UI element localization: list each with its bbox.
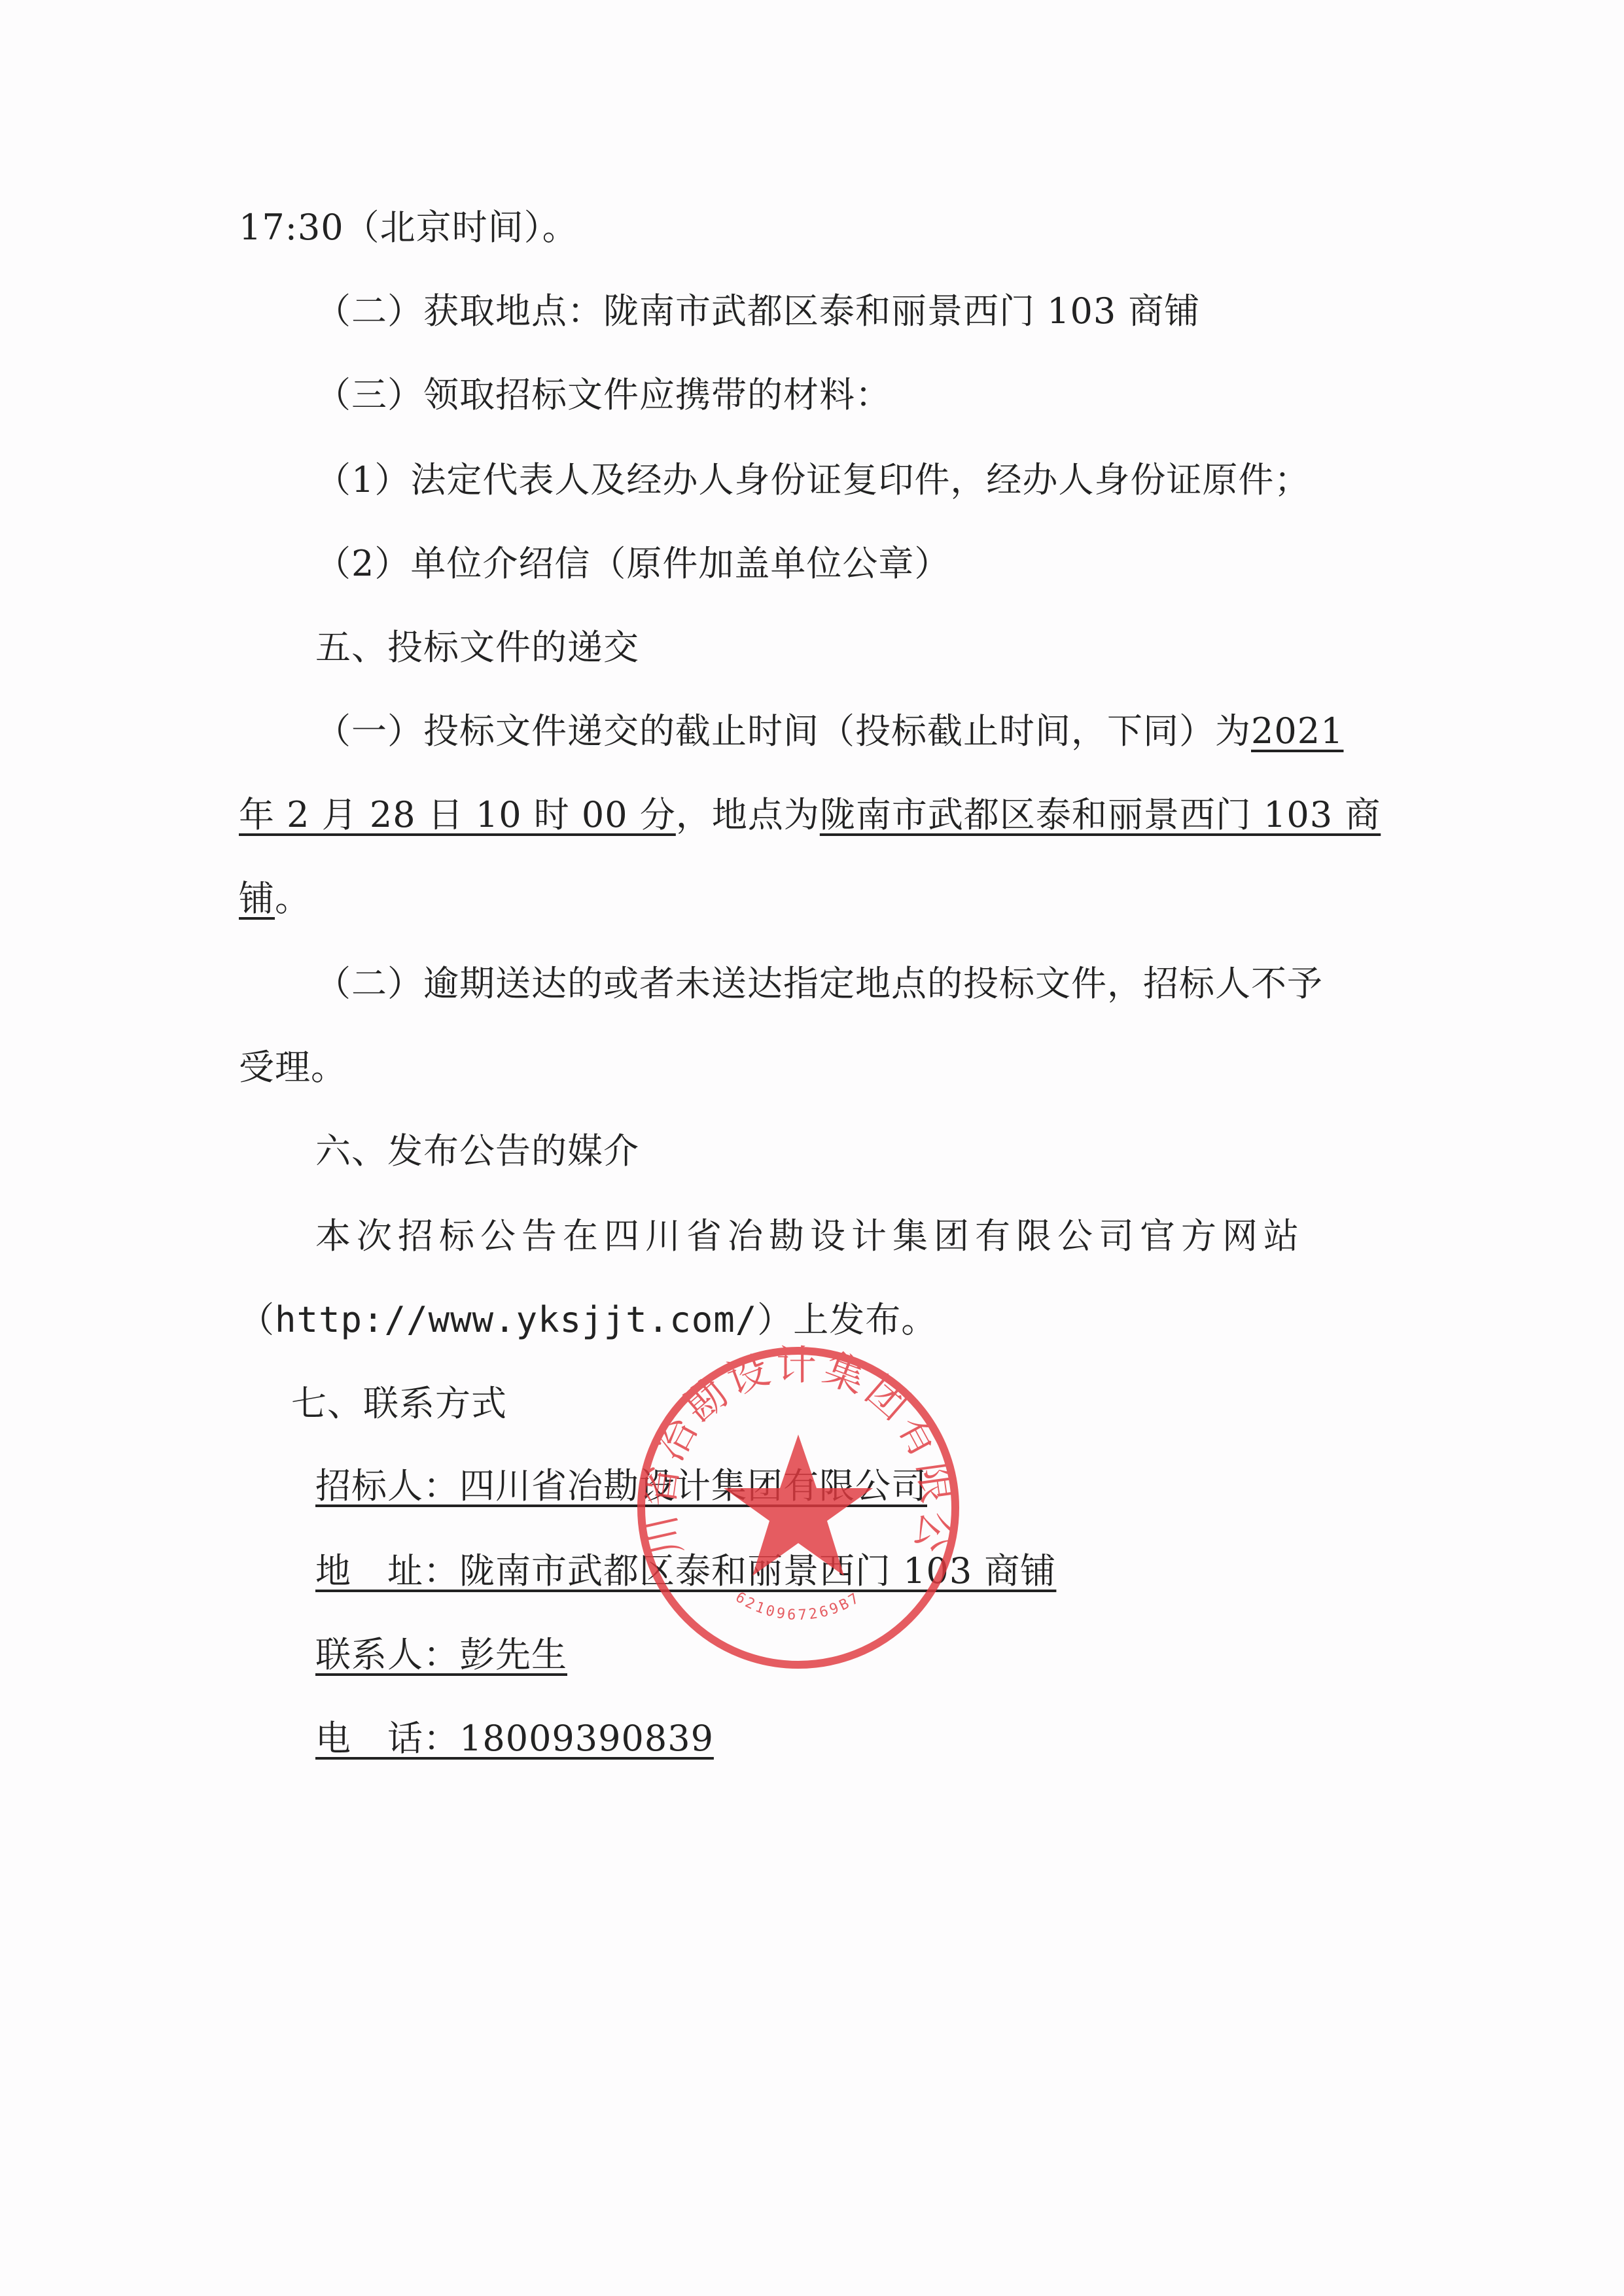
deadline-datetime: 年 2 月 28 日 10 时 00 分 [239,794,676,835]
deadline-year: 2021 [1251,710,1343,752]
person-value: 联系人：彭先生 [315,1634,567,1675]
seal-arc-text: 四川省冶勘设计集团有限公司 [633,1343,962,1561]
text-line-material-1: （1）法定代表人及经办人身份证复印件，经办人身份证原件； [315,459,1310,501]
seal-ring [641,1351,955,1665]
text-line-media-1: 本次招标公告在四川省冶勘设计集团有限公司官方网站 [315,1215,1305,1257]
tenderer-value: 招标人：四川省冶勘设计集团有限公司 [315,1465,927,1506]
text-line-time: 17:30（北京时间）。 [239,207,578,249]
phone-value: 电 话：18009390839 [315,1718,714,1759]
deadline-intro: （一）投标文件递交的截止时间（投标截止时间，下同）为 [315,710,1251,752]
section-heading-7: 七、联系方式 [291,1383,507,1425]
contact-tenderer: 招标人：四川省冶勘设计集团有限公司 [315,1465,927,1507]
company-seal-stamp: 四川省冶勘设计集团有限公司 6210967269B7 [633,1343,963,1673]
text-line-pickup-location: （二）获取地点：陇南市武都区泰和丽景西门 103 商铺 [315,290,1200,332]
text-line-materials-heading: （三）领取招标文件应携带的材料： [315,374,891,416]
text-line-material-2: （2）单位介绍信（原件加盖单位公章） [315,543,950,585]
period: 。 [275,878,311,919]
contact-phone: 电 话：18009390839 [315,1718,714,1760]
address-value: 地 址：陇南市武都区泰和丽景西门 103 商铺 [315,1550,1056,1592]
location-intro: ，地点为 [676,794,820,835]
seal-serial-number: 6210967269B7 [732,1589,864,1624]
deadline-location: 陇南市武都区泰和丽景西门 103 商 [820,794,1381,835]
text-line-late-1: （二）逾期送达的或者未送达指定地点的投标文件，招标人不予 [315,963,1323,1005]
section-heading-5: 五、投标文件的递交 [315,627,639,669]
contact-person: 联系人：彭先生 [315,1634,567,1676]
text-line-deadline-2: 年 2 月 28 日 10 时 00 分，地点为陇南市武都区泰和丽景西门 103… [239,794,1381,836]
text-line-media-2: （http://www.yksjjt.com/）上发布。 [239,1299,937,1341]
section-heading-6: 六、发布公告的媒介 [315,1130,639,1172]
contact-address: 地 址：陇南市武都区泰和丽景西门 103 商铺 [315,1550,1056,1592]
deadline-location-end: 铺 [239,878,275,919]
text-line-late-2: 受理。 [239,1047,347,1088]
text-line-deadline-3: 铺。 [239,878,311,920]
text-line-deadline-1: （一）投标文件递交的截止时间（投标截止时间，下同）为2021 [315,710,1343,752]
